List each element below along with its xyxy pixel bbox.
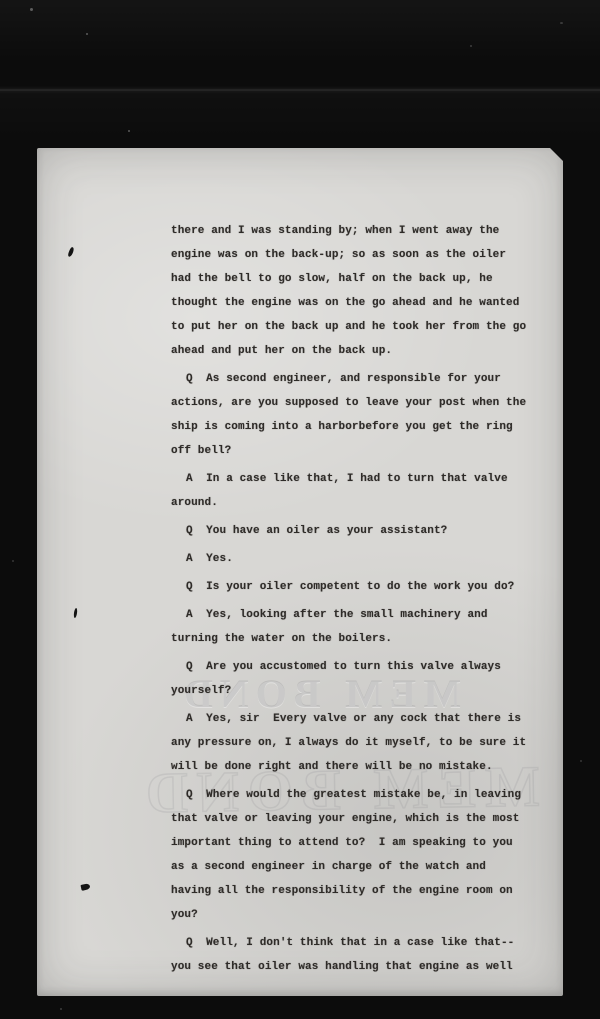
dust-speck (560, 22, 563, 24)
document-page: MEM BOND MEM BOND there and I was standi… (37, 148, 563, 996)
qa-paragraph: Q You have an oiler as your assistant? (171, 519, 556, 543)
text-line: will be done right and there will be no … (171, 755, 556, 779)
text-line: Q Are you accustomed to turn this valve … (171, 655, 556, 679)
text-line: Q You have an oiler as your assistant? (171, 519, 556, 543)
text-line: ship is coming into a harborbefore you g… (171, 415, 556, 439)
text-line: as a second engineer in charge of the wa… (171, 855, 556, 879)
text-line: Q Is your oiler competent to do the work… (171, 575, 556, 599)
qa-paragraph: Q Is your oiler competent to do the work… (171, 575, 556, 599)
typewritten-text-block: there and I was standing by; when I went… (171, 219, 556, 979)
text-line: A Yes, looking after the small machinery… (171, 603, 556, 627)
text-line: important thing to attend to? I am speak… (171, 831, 556, 855)
text-line: any pressure on, I always do it myself, … (171, 731, 556, 755)
dust-speck (580, 760, 582, 762)
text-line: you see that oiler was handling that eng… (171, 955, 556, 979)
text-line: that valve or leaving your engine, which… (171, 807, 556, 831)
qa-paragraph: Q As second engineer, and responsible fo… (171, 367, 556, 463)
text-line: having all the responsibility of the eng… (171, 879, 556, 903)
scanned-page-background: MEM BOND MEM BOND there and I was standi… (0, 0, 600, 1019)
text-line: thought the engine was on the go ahead a… (171, 291, 556, 315)
dust-speck (60, 1008, 62, 1010)
text-line: there and I was standing by; when I went… (171, 219, 556, 243)
text-line: to put her on the back up and he took he… (171, 315, 556, 339)
qa-paragraph: A Yes. (171, 547, 556, 571)
dust-speck (470, 45, 472, 47)
text-line: actions, are you supposed to leave your … (171, 391, 556, 415)
text-line: A In a case like that, I had to turn tha… (171, 467, 556, 491)
qa-paragraph: A Yes, sir Every valve or any cock that … (171, 707, 556, 779)
text-line: turning the water on the boilers. (171, 627, 556, 651)
dust-speck (86, 33, 88, 35)
scanner-seam-line (0, 89, 600, 91)
text-line: A Yes, sir Every valve or any cock that … (171, 707, 556, 731)
qa-paragraph: Q Where would the greatest mistake be, i… (171, 783, 556, 927)
qa-paragraph: A Yes, looking after the small machinery… (171, 603, 556, 651)
text-line: engine was on the back-up; so as soon as… (171, 243, 556, 267)
body-paragraph: there and I was standing by; when I went… (171, 219, 556, 363)
dust-speck (12, 560, 14, 562)
text-line: yourself? (171, 679, 556, 703)
text-line: Q As second engineer, and responsible fo… (171, 367, 556, 391)
dust-speck (128, 130, 130, 132)
qa-paragraph: Q Well, I don't think that in a case lik… (171, 931, 556, 979)
text-line: you? (171, 903, 556, 927)
qa-paragraph: Q Are you accustomed to turn this valve … (171, 655, 556, 703)
paper-corner-clip (550, 148, 563, 161)
text-line: A Yes. (171, 547, 556, 571)
dust-speck (30, 8, 33, 11)
text-line: around. (171, 491, 556, 515)
qa-paragraph: A In a case like that, I had to turn tha… (171, 467, 556, 515)
text-line: off bell? (171, 439, 556, 463)
text-line: had the bell to go slow, half on the bac… (171, 267, 556, 291)
text-line: Q Where would the greatest mistake be, i… (171, 783, 556, 807)
text-line: Q Well, I don't think that in a case lik… (171, 931, 556, 955)
text-line: ahead and put her on the back up. (171, 339, 556, 363)
